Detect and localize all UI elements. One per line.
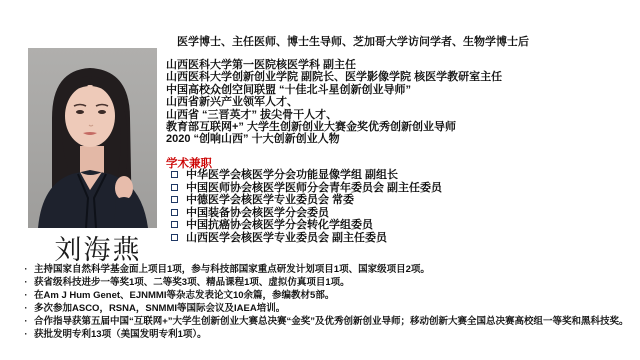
- profile-slide: { "colors": { "heading_red": "#cc0000", …: [0, 0, 640, 360]
- achievement-item: · 在Am J Hum Genet、EJNMMI等杂志发表论文10余篇，参编教材…: [18, 289, 634, 302]
- academic-item-label: 中国医师协会核医学医师分会青年委员会 副主任委员: [186, 182, 442, 195]
- achievement-text: 获批发明专利13项（美国发明专利1项）。: [34, 328, 634, 341]
- position-line: 山西省 “三晋英才” 拔尖骨干人才、: [166, 109, 634, 121]
- checkbox-icon: [171, 221, 178, 228]
- titles-line: 医学博士、主任医师、博士生导师、芝加哥大学访问学者、生物学博士后: [177, 36, 627, 49]
- achievement-text: 多次参加ASCO，RSNA，SNMMI等国际会议及IAEA培训。: [34, 302, 634, 315]
- achievement-text: 在Am J Hum Genet、EJNMMI等杂志发表论文10余篇，参编教材5部…: [34, 289, 634, 302]
- achievement-item: · 主持国家自然科学基金面上项目1项，参与科技部国家重点研发计划项目1项、国家级…: [18, 263, 634, 276]
- achievement-text: 合作指导获第五届中国“互联网+”大学生创新创业大赛总决赛“金奖”及优秀创新创业导…: [34, 315, 634, 328]
- academic-item: 中国抗癌协会核医学分会转化学组委员: [166, 219, 634, 232]
- positions-block: 山西医科大学第一医院核医学科 副主任 山西医科大学创新创业学院 副院长、医学影像…: [166, 59, 634, 146]
- academic-item: 中国装备协会核医学分会委员: [166, 207, 634, 220]
- academic-item-label: 山西医学会核医学专业委员会 副主任委员: [186, 232, 387, 245]
- position-line: 山西省新兴产业领军人才、: [166, 96, 634, 108]
- achievement-item: · 合作指导获第五届中国“互联网+”大学生创新创业大赛总决赛“金奖”及优秀创新创…: [18, 315, 634, 328]
- bullet-icon: ·: [18, 315, 34, 328]
- checkbox-icon: [171, 171, 178, 178]
- bullet-icon: ·: [18, 302, 34, 315]
- checkbox-icon: [171, 209, 178, 216]
- position-line: 教育部互联网+” 大学生创新创业大赛金奖优秀创新创业导师: [166, 121, 634, 133]
- academic-list: 中华医学会核医学分会功能显像学组 副组长 中国医师协会核医学医师分会青年委员会 …: [166, 169, 634, 244]
- bullet-icon: ·: [18, 328, 34, 341]
- checkbox-icon: [171, 234, 178, 241]
- academic-item: 中德医学会核医学专业委员会 常委: [166, 194, 634, 207]
- achievement-item: · 多次参加ASCO，RSNA，SNMMI等国际会议及IAEA培训。: [18, 302, 634, 315]
- academic-item: 中华医学会核医学分会功能显像学组 副组长: [166, 169, 634, 182]
- checkbox-icon: [171, 196, 178, 203]
- academic-item: 中国医师协会核医学医师分会青年委员会 副主任委员: [166, 182, 634, 195]
- person-name: 刘海燕: [26, 228, 170, 267]
- academic-item-label: 中国装备协会核医学分会委员: [186, 207, 329, 220]
- achievements-list: · 主持国家自然科学基金面上项目1项，参与科技部国家重点研发计划项目1项、国家级…: [18, 263, 634, 341]
- achievement-item: · 获省级科技进步一等奖1项、二等奖3项、精品课程1项、虚拟仿真项目1项。: [18, 276, 634, 289]
- academic-item-label: 中德医学会核医学专业委员会 常委: [186, 194, 354, 207]
- position-line: 2020 “创响山西” 十大创新创业人物: [166, 133, 634, 145]
- position-line: 山西医科大学第一医院核医学科 副主任: [166, 59, 634, 71]
- position-line: 中国高校众创空间联盟 “十佳北斗星创新创业导师”: [166, 84, 634, 96]
- checkbox-icon: [171, 184, 178, 191]
- achievement-text: 获省级科技进步一等奖1项、二等奖3项、精品课程1项、虚拟仿真项目1项。: [34, 276, 634, 289]
- achievement-item: · 获批发明专利13项（美国发明专利1项）。: [18, 328, 634, 341]
- achievement-text: 主持国家自然科学基金面上项目1项，参与科技部国家重点研发计划项目1项、国家级项目…: [34, 263, 634, 276]
- bullet-icon: ·: [18, 276, 34, 289]
- position-line: 山西医科大学创新创业学院 副院长、医学影像学院 核医学教研室主任: [166, 71, 634, 83]
- bullet-icon: ·: [18, 289, 34, 302]
- academic-item-label: 中华医学会核医学分会功能显像学组 副组长: [186, 169, 398, 182]
- portrait-photo: [28, 48, 157, 228]
- portrait-illustration: [28, 48, 157, 228]
- bullet-icon: ·: [18, 263, 34, 276]
- academic-item: 山西医学会核医学专业委员会 副主任委员: [166, 232, 634, 245]
- academic-item-label: 中国抗癌协会核医学分会转化学组委员: [186, 219, 373, 232]
